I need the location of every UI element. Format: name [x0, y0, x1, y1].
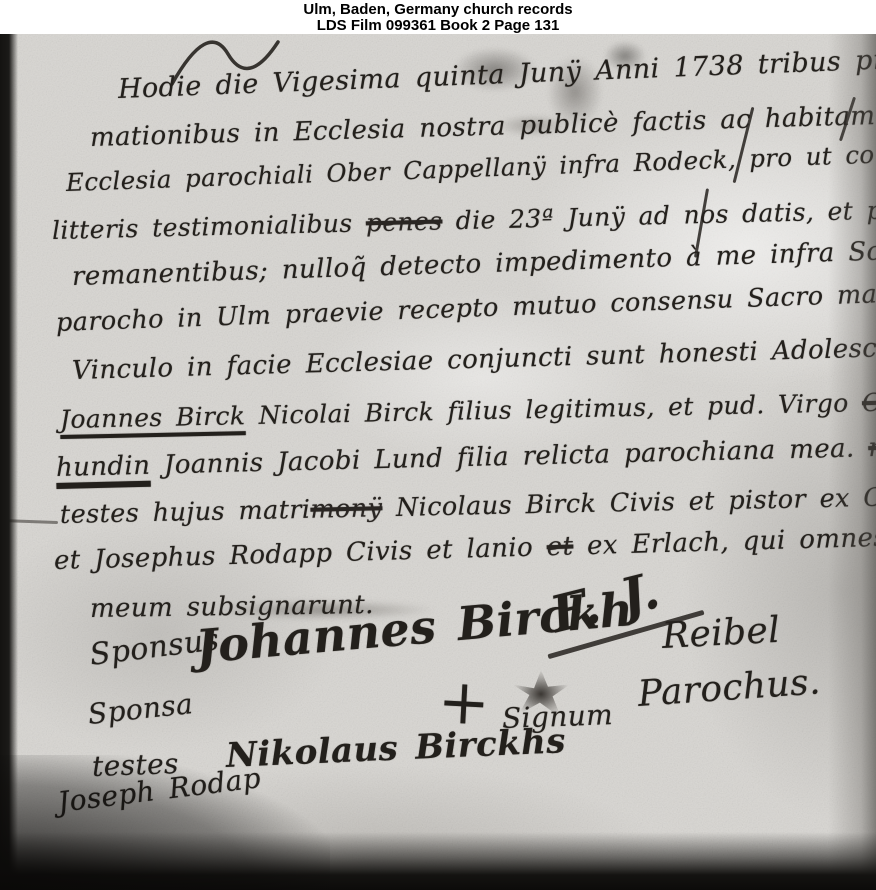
struck-word: rema. [868, 431, 876, 463]
line-text: die 23ª Junÿ ad nos datis, et penes nos [442, 193, 876, 236]
manuscript-line-9-bride-name: hundin Joannis Jacobi Lund filia relicta… [56, 431, 876, 483]
line-text: et Josephus Rodapp Civis et lanio [54, 532, 548, 576]
priest-title: Parochus. [637, 661, 822, 715]
manuscript-line-11-witnesses: et Josephus Rodapp Civis et lanio et ex … [54, 521, 876, 576]
struck-word: monÿ [310, 493, 383, 525]
line-text: Vinculo in facie Ecclesiae conjuncti sun… [72, 331, 876, 386]
line-text: Joannis Jacobi Lund filia relicta paroch… [150, 433, 869, 481]
struck-word: penes [366, 206, 443, 237]
groom-name-underlined: Joannes Birck [60, 401, 246, 434]
struck-word: et [546, 531, 573, 562]
manuscript-line-4: litteris testimonialibus penes die 23ª J… [52, 193, 876, 245]
scanned-church-record-page: Hodie die Vigesima quinta Junÿ Anni 1738… [0, 34, 876, 890]
line-text: Nicolaus Birck Civis et pistor ex Cappel [382, 481, 876, 523]
struck-word: Cath [862, 387, 876, 417]
manuscript-line-7: Vinculo in facie Ecclesiae conjuncti sun… [72, 331, 876, 386]
caption-line-2: LDS Film 099361 Book 2 Page 131 [0, 18, 876, 34]
line-text: Nicolai Birck filius legitimus, et pud. … [245, 388, 862, 430]
sponsa-label: Sponsa [86, 687, 194, 731]
line-text: ex Erlach, qui omnes una [573, 521, 876, 562]
priest-initials-flourish: F. J. [545, 560, 665, 644]
pen-flourish [166, 34, 286, 90]
line-text: testes hujus matri [60, 495, 311, 530]
caption-line-1: Ulm, Baden, Germany church records [0, 2, 876, 18]
image-caption: Ulm, Baden, Germany church records LDS F… [0, 0, 876, 36]
manuscript-line-8-groom-name: Joannes Birck Nicolai Birck filius legit… [60, 385, 876, 434]
witness-signature-1: Nikolaus Birckhs [225, 721, 566, 776]
line-text: litteris testimonialibus [52, 208, 367, 245]
margin-dash [0, 519, 58, 524]
bride-name-underlined: hundin [56, 451, 151, 483]
film-edge-left [0, 34, 18, 890]
manuscript-line-10-witnesses: testes hujus matrimonÿ Nicolaus Birck Ci… [60, 481, 876, 530]
film-edge-bottom [0, 832, 876, 890]
